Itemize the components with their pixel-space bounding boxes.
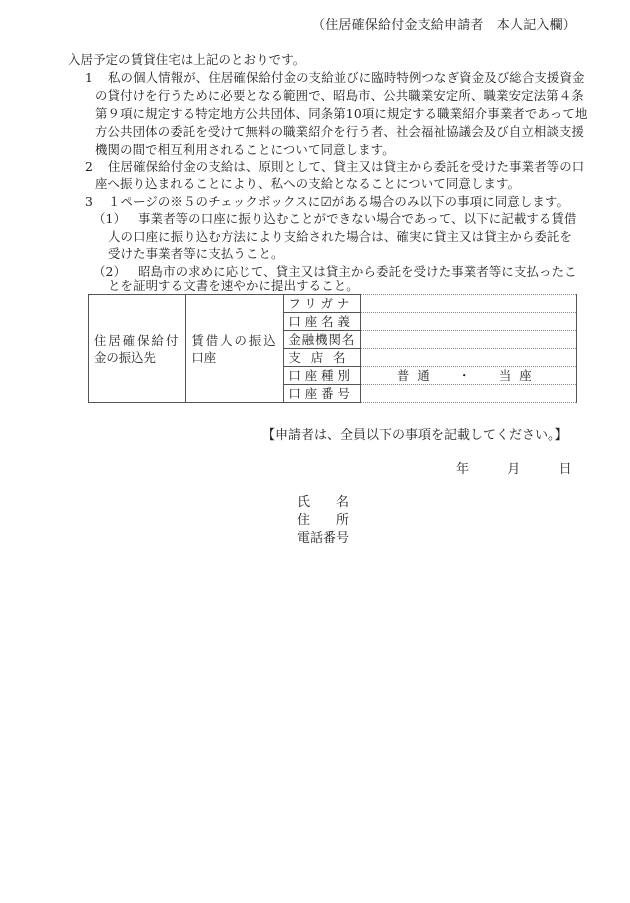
- date-month-label: 月: [507, 458, 520, 477]
- subitem-2-line-2: とを証明する文書を速やかに提出すること。: [108, 277, 359, 294]
- subitem-1-line-2: 人の口座に振り込む方法により支給された場合は、確実に貸主又は貸主から委託を: [108, 228, 572, 245]
- account-type-field[interactable]: 普通 ・ 当座: [360, 367, 576, 385]
- applicant-instruction: 【申請者は、全員以下の事項を記載してください。】: [262, 424, 568, 443]
- furigana-label: フリガナ: [284, 295, 360, 313]
- subitem-1-number: （1）: [93, 210, 126, 227]
- bank-name-label: 金融機関名: [284, 331, 360, 349]
- branch-name-field[interactable]: [360, 349, 576, 367]
- clause-2-line-1: 住居確保給付金の支給は、原則として、貸主又は貸主から委託を受けた事業者等の口: [108, 158, 584, 175]
- clause-1-line-5: 機関の間で相互利用されることについて同意します。: [95, 141, 395, 158]
- intro-text: 入居予定の賃貸住宅は上記のとおりです。: [68, 51, 305, 68]
- clause-2-line-2: 座へ振り込まれることにより、私への支給となることについて同意します。: [95, 175, 520, 192]
- account-type-label: 口座種別: [284, 367, 360, 385]
- date-year-label: 年: [456, 458, 469, 477]
- tenant-account-label: 賃借人の振込 口座: [186, 295, 284, 403]
- name-label: 氏 名: [297, 491, 349, 510]
- clause-1-line-3: 第９項に規定する特定地方公共団体、同条第10項に規定する職業紹介事業者であって地: [95, 105, 588, 122]
- clause-2-number: 2: [85, 158, 93, 175]
- transfer-destination-label: 住居確保給付 金の振込先: [89, 295, 186, 403]
- clause-3-line-1: １ページの※５のチェックボックスに☑がある場合のみ以下の事項に同意します。: [108, 193, 569, 210]
- account-holder-label: 口座名義: [284, 313, 360, 331]
- phone-label: 電話番号: [297, 527, 349, 546]
- clause-1-line-4: 方公共団体の委託を受けて無料の職業紹介を行う者、社会福祉協議会及び自立相談支援: [95, 123, 584, 140]
- subitem-1-line-1: 事業者等の口座に振り込むことができない場合であって、以下に記載する賃借: [138, 210, 577, 227]
- account-number-label: 口座番号: [284, 385, 360, 403]
- bank-account-table: 住居確保給付 金の振込先 賃借人の振込 口座 フリガナ 口座名義 金融機関名 支…: [88, 294, 577, 403]
- clause-1-number: 1: [85, 69, 93, 86]
- address-label: 住 所: [297, 509, 349, 528]
- account-holder-field[interactable]: [360, 313, 576, 331]
- date-line: 年 月 日: [456, 458, 572, 477]
- furigana-field[interactable]: [360, 295, 576, 313]
- applicant-section-heading: （住居確保給付金支給申請者 本人記入欄）: [312, 14, 576, 33]
- account-number-field[interactable]: [360, 385, 576, 403]
- bank-name-field[interactable]: [360, 331, 576, 349]
- branch-name-label: 支店名: [284, 349, 360, 367]
- clause-3-number: 3: [85, 193, 93, 210]
- clause-1-line-2: の貸付けを行うために必要となる範囲で、昭島市、公共職業安定所、職業安定法第４条: [95, 87, 584, 104]
- clause-1-line-1: 私の個人情報が、住居確保給付金の支給並びに臨時特例つなぎ資金及び総合支援資金: [108, 69, 585, 86]
- date-day-label: 日: [559, 458, 572, 477]
- subitem-1-line-3: 受けた事業者等に支払うこと。: [108, 245, 284, 262]
